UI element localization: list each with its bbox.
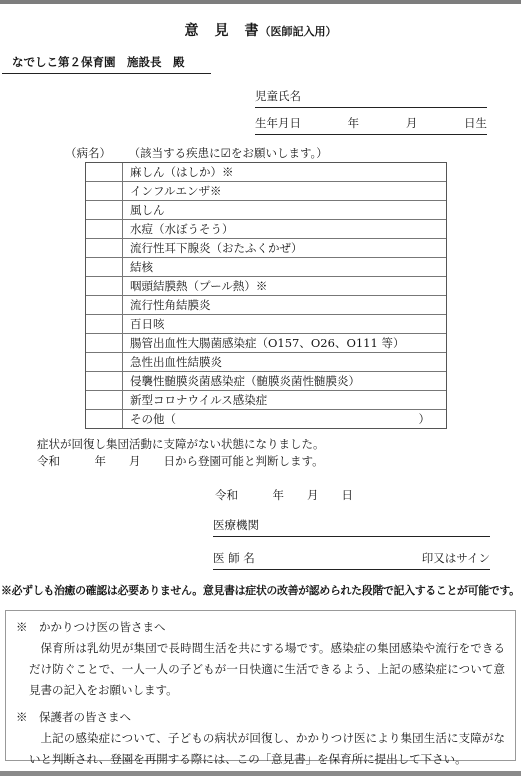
birth-month-label: 月 <box>406 115 418 131</box>
doctor-name-field: 医 師 名 印又はサイン <box>213 550 490 570</box>
disease-instruction: （該当する疾患に☑をお願いします。） <box>129 146 328 160</box>
signature-date-line: 令和 年 月 日 <box>215 487 353 503</box>
page-bottom-edge <box>0 771 521 776</box>
checkbox-cell <box>86 391 123 409</box>
table-row: 腸管出血性大腸菌感染症（O157、O26、O111 等） <box>86 334 446 353</box>
checkbox-cell <box>86 258 123 276</box>
checkbox-cell <box>86 410 123 428</box>
disease-name: 結核 <box>123 258 446 276</box>
cure-confirmation-footnote: ※必ずしも治癒の確認は必要ありません。意見書は症状の改善が認められた段階で記入す… <box>1 582 520 598</box>
disease-name: 麻しん（はしか）※ <box>123 163 446 181</box>
disease-name: 流行性耳下腺炎（おたふくかぜ） <box>123 239 446 257</box>
checkbox-cell <box>86 334 123 352</box>
addressee-line: なでしこ第２保育園 施設長 殿 <box>2 54 211 74</box>
checkbox-cell <box>86 353 123 371</box>
page-title: 意 見 書（医師記入用） <box>0 20 521 40</box>
disease-name: 急性出血性結膜炎 <box>123 353 446 371</box>
medical-institution-field: 医療機関 <box>213 517 490 537</box>
disease-name: 新型コロナウイルス感染症 <box>123 391 446 409</box>
medical-opinion-form: 意 見 書（医師記入用） なでしこ第２保育園 施設長 殿 児童氏名 生年月日 年… <box>0 0 521 780</box>
table-row: 流行性耳下腺炎（おたふくかぜ） <box>86 239 446 258</box>
table-row: インフルエンザ※ <box>86 182 446 201</box>
disease-section-header: （病名） （該当する疾患に☑をお願いします。） <box>65 145 328 161</box>
other-label: その他（ <box>130 410 176 428</box>
seal-or-sign-label: 印又はサイン <box>422 550 490 566</box>
disease-name: 水痘（水ぼうそう） <box>123 220 446 238</box>
birthdate-field: 生年月日 年 月 日生 <box>255 115 487 135</box>
table-row: 侵襲性髄膜炎菌感染症（髄膜炎菌性髄膜炎） <box>86 372 446 391</box>
note-guardian-body: 上記の感染症について、子どもの病状が回復し、かかりつけ医により集団生活に支障がな… <box>16 728 505 770</box>
note-doctor-body: 保育所は乳幼児が集団で長時間生活を共にする場です。感染症の集団感染や流行をできる… <box>16 638 505 701</box>
disease-name-other: その他（ ） <box>123 410 446 428</box>
disease-table: 麻しん（はしか）※ インフルエンザ※ 風しん 水痘（水ぼうそう） 流行性耳下腺炎… <box>85 162 447 429</box>
doctor-name-label: 医 師 名 <box>213 550 255 566</box>
table-row: 流行性角結膜炎 <box>86 296 446 315</box>
birthdate-label: 生年月日 <box>255 115 301 131</box>
table-row: 百日咳 <box>86 315 446 334</box>
checkbox-cell <box>86 239 123 257</box>
table-row: 水痘（水ぼうそう） <box>86 220 446 239</box>
other-close-paren: ） <box>419 410 431 428</box>
checkbox-cell <box>86 182 123 200</box>
page-top-edge <box>0 0 521 4</box>
child-name-label: 児童氏名 <box>255 89 301 103</box>
disease-name: 風しん <box>123 201 446 219</box>
disease-name: 咽頭結膜熱（プール熱）※ <box>123 277 446 295</box>
note-guardian-title: ※ 保護者の皆さまへ <box>16 709 505 726</box>
child-name-field: 児童氏名 <box>255 88 487 108</box>
disease-name: 腸管出血性大腸菌感染症（O157、O26、O111 等） <box>123 334 446 352</box>
notes-box: ※ かかりつけ医の皆さまへ 保育所は乳幼児が集団で長時間生活を共にする場です。感… <box>5 610 516 761</box>
table-row: 咽頭結膜熱（プール熱）※ <box>86 277 446 296</box>
checkbox-cell <box>86 277 123 295</box>
form-title-note: （医師記入用） <box>260 25 337 38</box>
disease-name: 侵襲性髄膜炎菌感染症（髄膜炎菌性髄膜炎） <box>123 372 446 390</box>
table-row: 麻しん（はしか）※ <box>86 163 446 182</box>
disease-name: インフルエンザ※ <box>123 182 446 200</box>
birth-day-label: 日生 <box>464 115 487 131</box>
form-title: 意 見 書 <box>185 23 260 39</box>
recovery-statement: 症状が回復し集団活動に支障がない状態になりました。 令和 年 月 日から登園可能… <box>37 436 325 469</box>
table-row: 結核 <box>86 258 446 277</box>
note-doctor-title: ※ かかりつけ医の皆さまへ <box>16 619 505 636</box>
checkbox-cell <box>86 163 123 181</box>
disease-label: （病名） <box>65 146 111 160</box>
checkbox-cell <box>86 220 123 238</box>
table-row-other: その他（ ） <box>86 410 446 428</box>
checkbox-cell <box>86 201 123 219</box>
medical-institution-label: 医療機関 <box>213 518 259 532</box>
table-row: 新型コロナウイルス感染症 <box>86 391 446 410</box>
checkbox-cell <box>86 315 123 333</box>
disease-name: 百日咳 <box>123 315 446 333</box>
table-row: 急性出血性結膜炎 <box>86 353 446 372</box>
checkbox-cell <box>86 296 123 314</box>
disease-name: 流行性角結膜炎 <box>123 296 446 314</box>
checkbox-cell <box>86 372 123 390</box>
birth-year-label: 年 <box>348 115 360 131</box>
table-row: 風しん <box>86 201 446 220</box>
